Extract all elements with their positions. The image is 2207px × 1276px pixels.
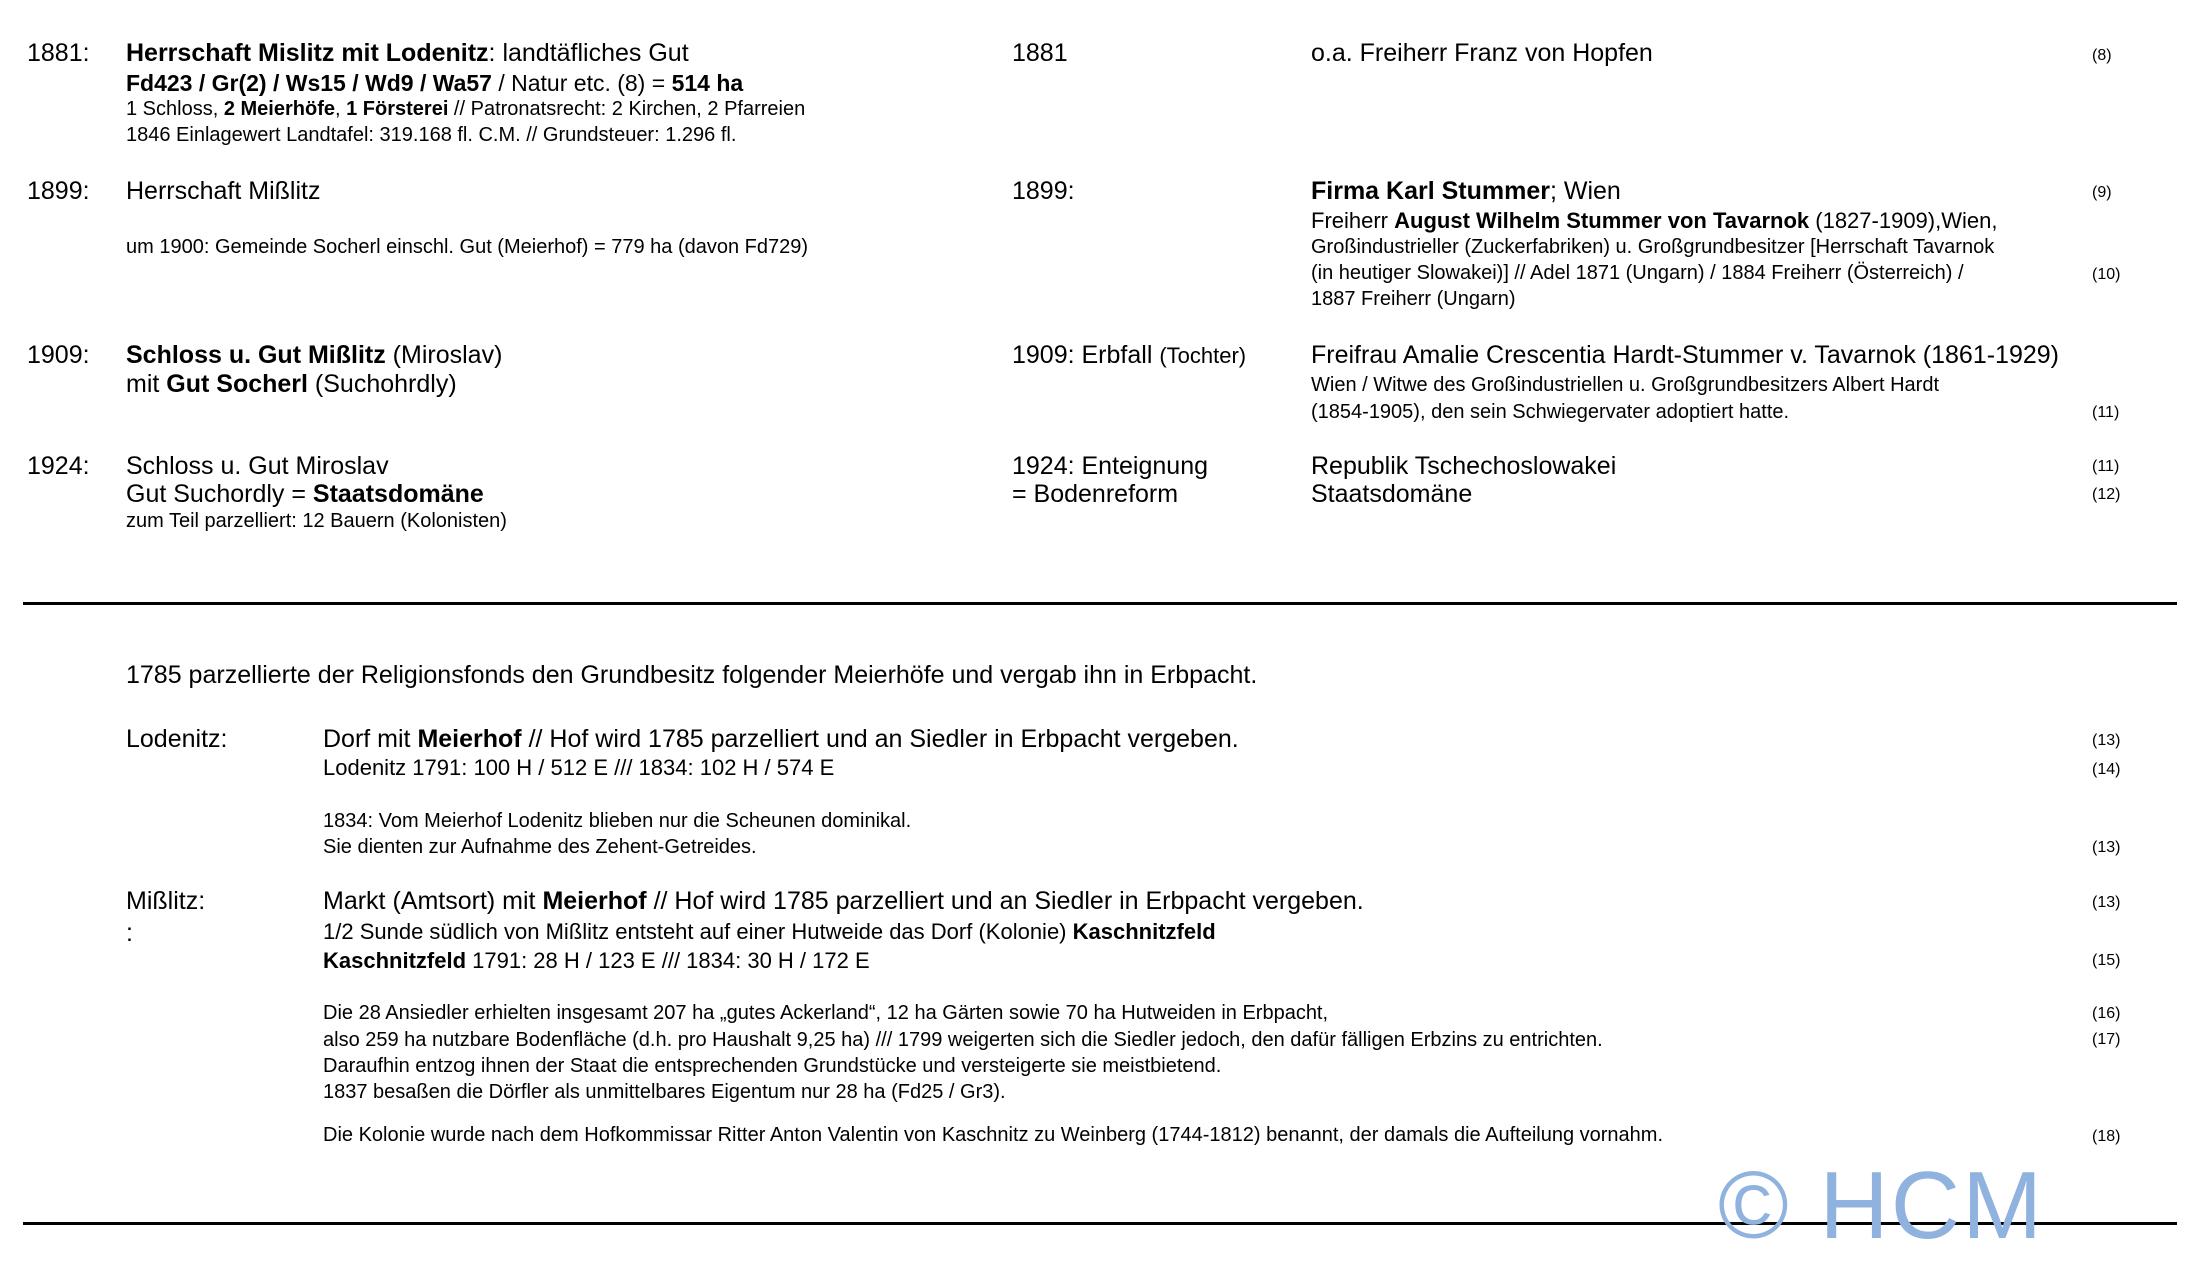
text-kaschnitzfeld: Kaschnitzfeld	[323, 948, 466, 973]
footnote-ref: (18)	[2092, 1129, 2120, 1145]
place-label-lodenitz: Lodenitz:	[126, 727, 227, 752]
lodenitz-line-4: Sie dienten zur Aufnahme des Zehent-Getr…	[323, 837, 757, 857]
year-label-1924: 1924:	[27, 454, 90, 479]
text-mit: mit	[126, 370, 166, 398]
footnote-ref: (13)	[2092, 733, 2120, 749]
footnote-ref: (14)	[2092, 762, 2120, 778]
misslitz-para-1: Die 28 Ansiedler erhielten insgesamt 207…	[323, 1003, 1328, 1023]
section-intro: 1785 parzellierte der Religionsfonds den…	[126, 663, 1257, 688]
footnote-ref: (8)	[2092, 48, 2112, 64]
text-meierhof: Meierhof	[417, 725, 521, 753]
footnote-ref: (10)	[2092, 267, 2120, 283]
firm-city: ; Wien	[1550, 177, 1621, 205]
owner-1909-desc-1: Wien / Witwe des Großindustriellen u. Gr…	[1311, 375, 1939, 395]
owner-1899-desc-3: 1887 Freiherr (Ungarn)	[1311, 289, 1516, 309]
entry-1924-note: zum Teil parzelliert: 12 Bauern (Kolonis…	[126, 511, 507, 531]
label-erbfall: 1909: Erbfall	[1012, 341, 1159, 369]
owner-1899-desc-1: Großindustrieller (Zuckerfabriken) u. Gr…	[1311, 237, 1994, 257]
owner-1924: Republik Tschechoslowakei	[1311, 454, 1616, 479]
misslitz-para-5: Die Kolonie wurde nach dem Hofkommissar …	[323, 1125, 1663, 1145]
text-meierhof: Meierhof	[542, 887, 646, 915]
text-kaschnitzfeld: Kaschnitzfeld	[1073, 919, 1216, 944]
estate-czech-name-2: (Suchohrdly)	[308, 370, 457, 398]
year-label-1909: 1909:	[27, 343, 90, 368]
text-population: 1791: 28 H / 123 E /// 1834: 30 H / 172 …	[466, 948, 870, 973]
lodenitz-line-3: 1834: Vom Meierhof Lodenitz blieben nur …	[323, 811, 911, 831]
entry-1881-areas: Fd423 / Gr(2) / Ws15 / Wd9 / Wa57 / Natu…	[126, 72, 743, 95]
owner-year-1881: 1881	[1012, 41, 1068, 66]
firm-name: Firma Karl Stummer	[1311, 177, 1550, 205]
footnote-ref: (12)	[2092, 487, 2120, 503]
footnote-ref: (9)	[2092, 185, 2112, 201]
misslitz-para-3: Daraufhin entzog ihnen der Staat die ent…	[323, 1056, 1221, 1076]
misslitz-line-1: Markt (Amtsort) mit Meierhof // Hof wird…	[323, 889, 1364, 914]
text-hof: // Hof wird 1785 parzelliert und an Sied…	[522, 725, 1239, 753]
estate-name-2: Gut Socherl	[166, 370, 308, 398]
footnote-ref: (15)	[2092, 953, 2120, 969]
estate-czech-name: (Miroslav)	[386, 341, 503, 369]
owner-1909: Freifrau Amalie Crescentia Hardt-Stummer…	[1311, 343, 2059, 368]
entry-1899-note: um 1900: Gemeinde Socherl einschl. Gut (…	[126, 237, 808, 257]
footnote-ref: (13)	[2092, 840, 2120, 856]
text-meierhoefe: 2 Meierhöfe	[224, 98, 335, 120]
footnote-ref: (17)	[2092, 1032, 2120, 1048]
owner-year-1909: 1909: Erbfall (Tochter)	[1012, 343, 1246, 368]
year-label-1881: 1881:	[27, 41, 90, 66]
place-label-misslitz: Mißlitz:	[126, 889, 205, 914]
owner-year-1924: 1924: Enteignung	[1012, 454, 1208, 479]
footnote-ref: (13)	[2092, 895, 2120, 911]
misslitz-para-2: also 259 ha nutzbare Bodenfläche (d.h. p…	[323, 1030, 1603, 1050]
area-breakdown: Fd423 / Gr(2) / Ws15 / Wd9 / Wa57	[126, 70, 492, 96]
owner-1881: o.a. Freiherr Franz von Hopfen	[1311, 41, 1653, 66]
entry-1899-title: Herrschaft Mißlitz	[126, 179, 320, 204]
place-label-colon: :	[126, 921, 133, 946]
entry-1881-buildings: 1 Schloss, 2 Meierhöfe, 1 Försterei // P…	[126, 99, 805, 119]
text-gut: Gut Suchordly =	[126, 480, 313, 508]
text-schloss: 1 Schloss,	[126, 98, 224, 120]
estate-name: Schloss u. Gut Mißlitz	[126, 341, 386, 369]
person-name: August Wilhelm Stummer von Tavarnok	[1394, 208, 1809, 233]
owner-1899-firm: Firma Karl Stummer; Wien	[1311, 179, 1621, 204]
owner-year-1899: 1899:	[1012, 179, 1075, 204]
footnote-ref: (11)	[2092, 405, 2119, 421]
owner-1909-desc-2: (1854-1905), den sein Schwiegervater ado…	[1311, 402, 1789, 422]
entry-1909-title: Schloss u. Gut Mißlitz (Miroslav)	[126, 343, 502, 368]
owner-1924-reform: = Bodenreform	[1012, 482, 1178, 507]
entry-1881-title: Herrschaft Mislitz mit Lodenitz: landtäf…	[126, 41, 689, 66]
text-dorf: Dorf mit	[323, 725, 417, 753]
title-freiherr: Freiherr	[1311, 208, 1394, 233]
entry-1909-sub: mit Gut Socherl (Suchohrdly)	[126, 372, 457, 397]
entry-1924-title: Schloss u. Gut Miroslav	[126, 454, 389, 479]
estate-name: Herrschaft Mislitz mit Lodenitz	[126, 39, 489, 67]
text-sep: ,	[335, 98, 346, 120]
text-sunde: 1/2 Sunde südlich von Mißlitz entsteht a…	[323, 919, 1073, 944]
text-staatsdomaene: Staatsdomäne	[313, 480, 484, 508]
owner-1924-sub: Staatsdomäne	[1311, 482, 1472, 507]
text-patronat: // Patronatsrecht: 2 Kirchen, 2 Pfarreie…	[448, 98, 805, 120]
misslitz-line-2: 1/2 Sunde südlich von Mißlitz entsteht a…	[323, 921, 1216, 943]
lodenitz-line-1: Dorf mit Meierhof // Hof wird 1785 parze…	[323, 727, 1239, 752]
estate-type: : landtäfliches Gut	[489, 39, 689, 67]
copyright-watermark: © HCM	[1718, 1158, 2044, 1254]
footnote-ref: (11)	[2092, 459, 2119, 475]
lodenitz-line-2: Lodenitz 1791: 100 H / 512 E /// 1834: 1…	[323, 757, 834, 779]
misslitz-para-4: 1837 besaßen die Dörfler als unmittelbar…	[323, 1082, 1006, 1102]
year-label-1899: 1899:	[27, 179, 90, 204]
area-natur: / Natur etc. (8) =	[492, 70, 672, 96]
text-hof: // Hof wird 1785 parzelliert und an Sied…	[647, 887, 1364, 915]
person-dates: (1827-1909),Wien,	[1809, 208, 1997, 233]
footnote-ref: (16)	[2092, 1006, 2120, 1022]
entry-1881-value: 1846 Einlagewert Landtafel: 319.168 fl. …	[126, 125, 736, 145]
text-markt: Markt (Amtsort) mit	[323, 887, 542, 915]
label-tochter: (Tochter)	[1159, 343, 1246, 368]
area-total: 514 ha	[672, 70, 744, 96]
misslitz-line-3: Kaschnitzfeld 1791: 28 H / 123 E /// 183…	[323, 950, 870, 972]
owner-1899-person: Freiherr August Wilhelm Stummer von Tava…	[1311, 210, 1997, 232]
owner-1899-desc-2: (in heutiger Slowakei)] // Adel 1871 (Un…	[1311, 263, 1964, 283]
divider	[23, 602, 2177, 605]
text-foersterei: 1 Försterei	[346, 98, 448, 120]
entry-1924-sub: Gut Suchordly = Staatsdomäne	[126, 482, 484, 507]
